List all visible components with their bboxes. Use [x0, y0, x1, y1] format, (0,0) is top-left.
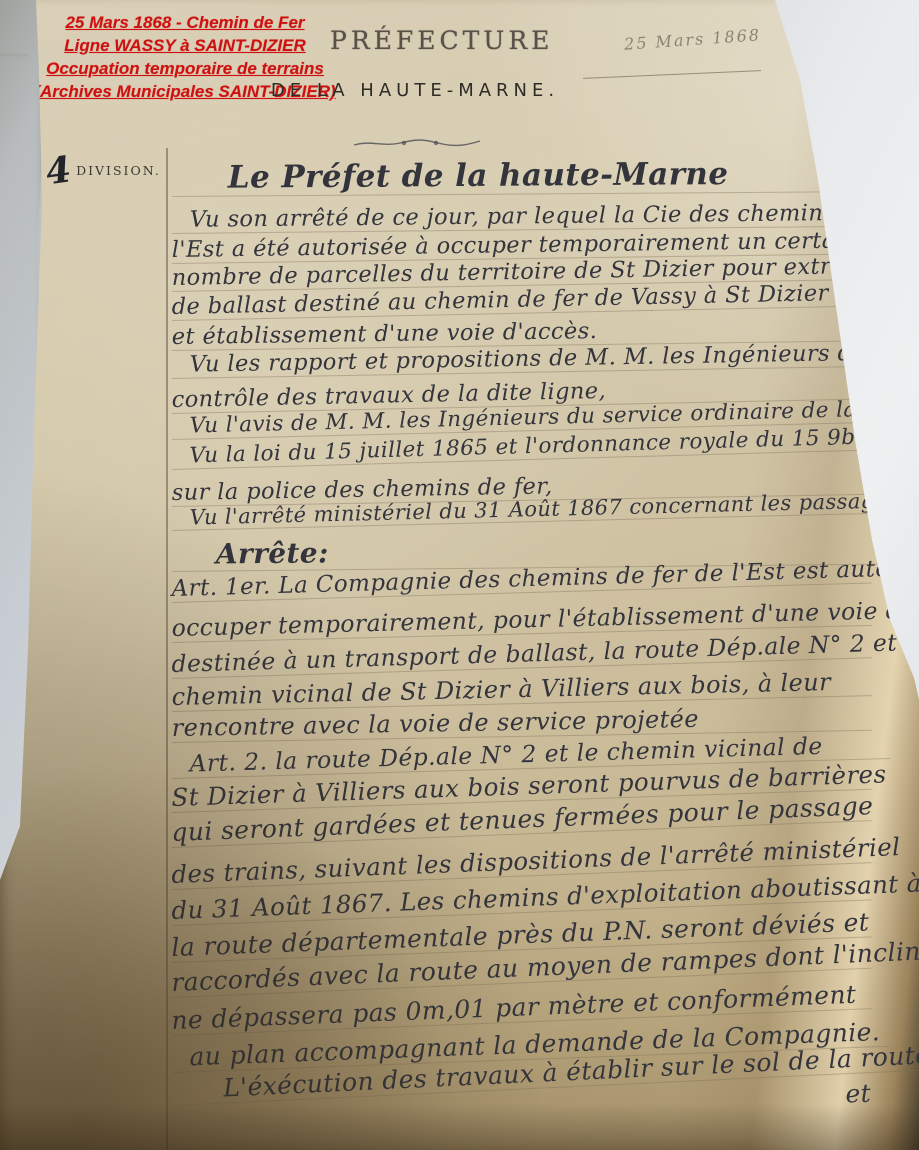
- division-number: 4: [43, 149, 72, 194]
- photo-of-document: 25 Mars 1868 - Chemin de Fer Ligne WASSY…: [0, 0, 919, 1150]
- document-page: 25 Mars 1868 - Chemin de Fer Ligne WASSY…: [0, 0, 919, 1150]
- manuscript-line: Le Préfet de la haute-Marne: [172, 155, 919, 197]
- division-mark: 4DIVISION.: [46, 150, 161, 192]
- division-label: DIVISION.: [76, 163, 161, 178]
- manuscript-text: Le Préfet de la haute-MarneVu son arrêté…: [172, 0, 872, 1150]
- margin-rule: [166, 148, 168, 1150]
